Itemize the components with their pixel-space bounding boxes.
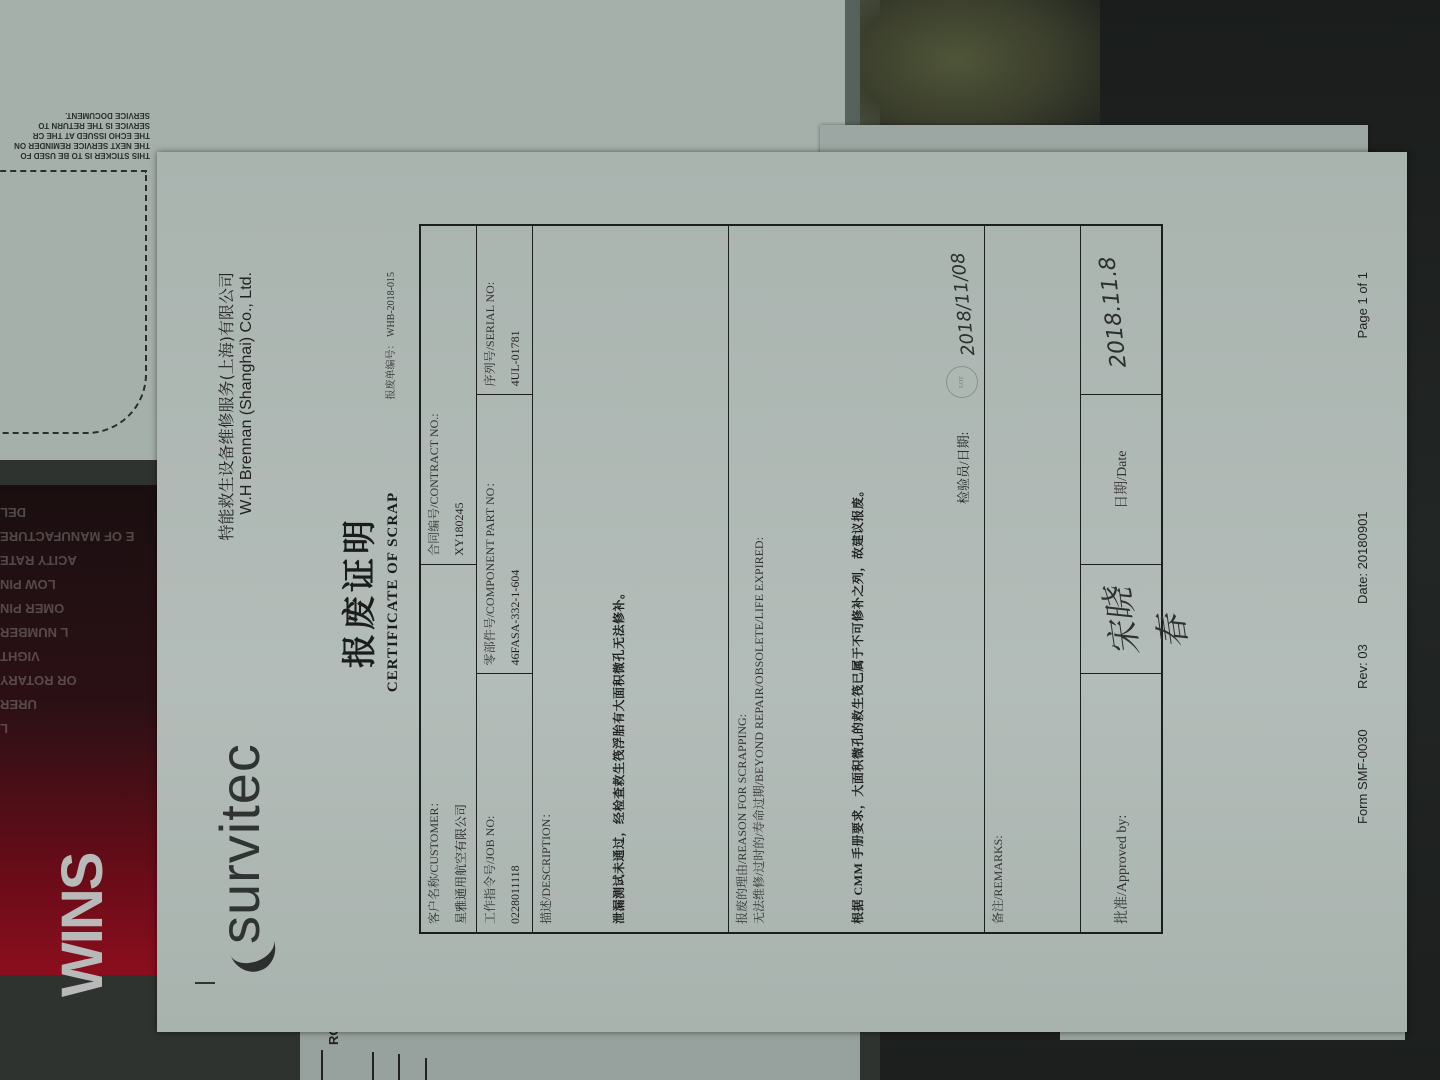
date-label-cell: 日期/Date [1080,395,1162,564]
sticker-line: SERVICE DOCUMENT. [0,110,150,120]
job-cell: 工作指令号/JOB NO: 0228011118 [476,674,532,933]
box-line: DEL [0,500,160,524]
remarks-cell: 备注/REMARKS: [984,225,1080,933]
contract-label: 合同编号/CONTRACT NO.: [425,234,442,556]
inspector-stamp: LOT [946,366,978,398]
table-line [372,1052,374,1080]
certificate-page: survitec 特能救生设备维修服务(上海)有限公司 W.H Brennan … [157,152,1407,1032]
part-label: 零部件号/COMPONENT PART NO： [481,403,498,665]
part-cell: 零部件号/COMPONENT PART NO： 46FASA-332-1-604 [476,395,532,674]
job-label: 工作指令号/JOB NO: [481,682,498,924]
revision: Rev: 03 [1355,644,1370,689]
remarks-label: 备注/REMARKS: [989,234,1006,924]
description-value: 泄漏测试未通过，经检查救生筏浮胎有大面积微孔无法修补。 [610,234,627,924]
customer-value: 星雅通用航空有限公司 [452,573,469,924]
table-line [398,1054,400,1080]
title-cn: 报废证明 [332,152,381,1032]
table-line [321,1050,323,1080]
sticker-instructions: THIS STICKER IS TO BE USED FO THE NEXT S… [0,110,150,160]
approval-date: 2018.11.8 [1095,255,1132,369]
form-date: Date: 20180901 [1355,511,1370,604]
box-line: OR ROTARY [0,668,160,692]
scrap-number-label: 报废单编号： [386,340,397,400]
inspector-row: 检验员/日期: LOT 2018/11/08 [922,234,978,924]
table-line [425,1058,427,1080]
certificate-paper: survitec 特能救生设备维修服务(上海)有限公司 W.H Brennan … [157,152,1407,1032]
contract-cell: 合同编号/CONTRACT NO.: XY180245 [420,225,476,564]
part-value: 46FASA-332-1-604 [508,403,523,665]
reason-cell: 报废的理由/REASON FOR SCRAPPING: 无法维修/过时的/寿命过… [728,225,984,933]
sticker-line: THE ECHO ISSUED AT THE CR [0,130,150,140]
liferaft-box-label: L URER OR ROTARY VIGHT L NUMBER OMER PIN… [0,500,160,740]
customer-cell: 客户名称/CUSTOMER： 星雅通用航空有限公司 [420,564,476,933]
company-name-en: W.H Brennan (Shanghai) Co., Ltd. [237,272,257,541]
box-line: L NUMBER [0,620,160,644]
box-line: L [0,716,160,740]
logo-text: survitec [207,743,272,944]
approved-label-cell: 批准/Approved by: [1080,674,1162,933]
serial-value: 4UL-01781 [508,234,523,386]
box-line: ACITY RATE [0,548,160,572]
box-line: E OF MANUFACTURE [0,524,160,548]
scrap-number-value: WHB-2018-015 [386,272,397,337]
company-name-cn: 特能救生设备维修服务(上海)有限公司 [217,272,237,541]
approver-signature: 宋晓春 [1087,559,1196,660]
scrap-number: 报废单编号： WHB-2018-015 [382,272,397,400]
customer-label: 客户名称/CUSTOMER： [425,573,442,924]
scrap-form-table: 客户名称/CUSTOMER： 星雅通用航空有限公司 合同编号/CONTRACT … [419,224,1163,934]
sticker-line: THE NEXT SERVICE REMINDER ON [0,140,150,150]
description-label: 描述/DESCRIPTION： [537,234,554,924]
box-line: OMER PIN [0,596,160,620]
approved-label: 批准/Approved by: [1111,682,1131,924]
serial-label: 序列号/SERIAL NO: [481,234,498,386]
signature-cell: 宋晓春 [1080,564,1162,674]
box-line: LOW PIN [0,572,160,596]
contract-value: XY180245 [452,234,467,556]
company-header: 特能救生设备维修服务(上海)有限公司 W.H Brennan (Shanghai… [217,272,257,541]
box-line: URER [0,692,160,716]
form-number: Form SMF-0030 [1355,729,1370,824]
sticker-line: THIS STICKER IS TO BE USED FO [0,150,150,160]
reason-value: 根据 CMM 手册要求，大面积微孔的救生筏已属于不可修补之列，故建议报废。 [849,234,866,924]
survitec-logo: survitec [207,732,277,972]
liferaft-brand: WINS [0,880,165,970]
sticker-line: SERVICE IS THE RETURN TO [0,120,150,130]
serial-cell: 序列号/SERIAL NO: 4UL-01781 [476,225,532,395]
date-value-cell: 2018.11.8 [1080,225,1162,395]
sticker-cut-outline [0,170,147,434]
reason-label: 报废的理由/REASON FOR SCRAPPING: [733,234,750,924]
box-line: VIGHT [0,644,160,668]
page-mark [195,982,215,984]
date-label: 日期/Date [1111,403,1131,555]
job-value: 0228011118 [508,682,523,924]
description-cell: 描述/DESCRIPTION： 泄漏测试未通过，经检查救生筏浮胎有大面积微孔无法… [532,225,728,933]
inspector-label: 检验员/日期: [953,432,972,504]
page-number: Page 1 of 1 [1355,272,1370,339]
reason-options: 无法维修/过时的/寿命过期/BEYOND REPAIR/OBSOLETE/LIF… [750,234,767,924]
inspector-date: 2018/11/08 [947,251,979,356]
